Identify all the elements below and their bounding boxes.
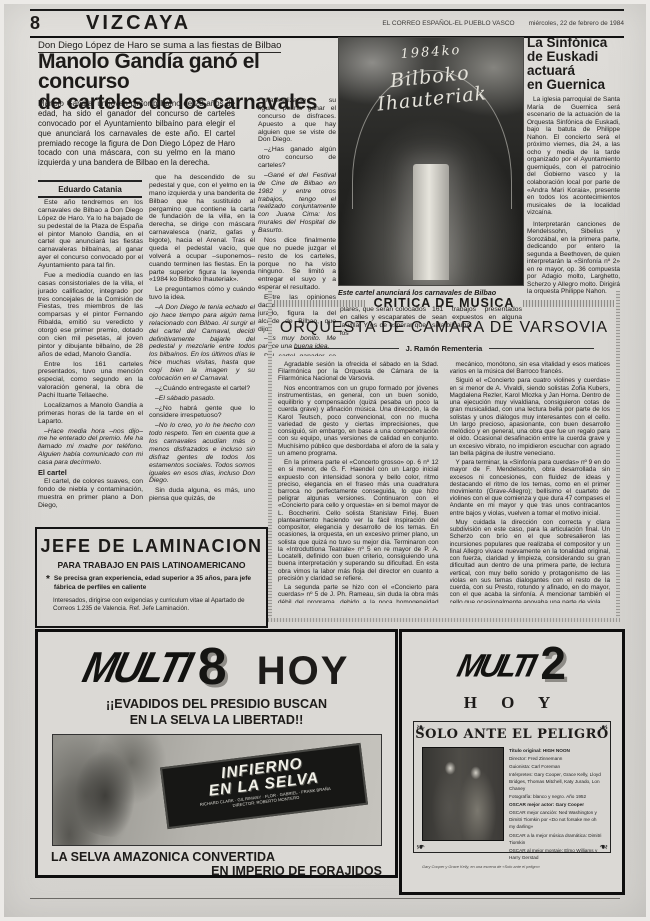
paragraph: La iglesia parroquial de Santa María de … bbox=[527, 96, 620, 217]
quote-paragraph: –Gané el del Festival de Cine de Bilbao … bbox=[258, 172, 336, 235]
page-bottom-rule bbox=[30, 898, 620, 899]
multi8-cinema-ad: MULTI 8 HOY ¡¡EVADIDOS DEL PRESIDIO BUSC… bbox=[35, 629, 398, 878]
paragraph: Interpretarán canciones de Mendelssohn, … bbox=[527, 221, 620, 296]
quote-paragraph: –No lo creo, yo lo he hecho con todo res… bbox=[149, 422, 255, 485]
subhead: El cartel bbox=[38, 469, 143, 478]
issue-date: miércoles, 22 de febrero de 1984 bbox=[529, 20, 624, 27]
film-credits: Título original: HIGH NOON Director: Fre… bbox=[509, 747, 602, 862]
rule-line bbox=[489, 348, 594, 349]
critica-column-2: mecánico, monótono, sin esa vitalidad y … bbox=[450, 361, 611, 603]
critica-column-1: Agradable sesión la ofrecida el sábado e… bbox=[278, 361, 439, 603]
multi2-number: 2 bbox=[540, 643, 566, 684]
jefe-laminacion-ad: JEFE DE LAMINACION PARA TRABAJO EN PAIS … bbox=[35, 527, 268, 628]
hatch-border-bottom bbox=[268, 618, 620, 622]
jefe-ad-subtitle: PARA TRABAJO EN PAIS LATINOAMERICANO bbox=[37, 560, 266, 570]
critica-columns: Agradable sesión la ofrecida el sábado e… bbox=[268, 353, 620, 603]
sinfonica-headline-line: en Guernica bbox=[527, 78, 620, 92]
credit-line: OSCAR a la mejor música dramática: Dimit… bbox=[509, 832, 602, 846]
quote-paragraph: –Hace media hora –nos dijo– me he entera… bbox=[38, 428, 143, 467]
critica-box: CRITICA DE MUSICA ORQUESTA DE CAMARA DE … bbox=[268, 291, 620, 622]
critica-section-title: CRITICA DE MUSICA bbox=[365, 296, 524, 310]
film-still-image bbox=[422, 747, 504, 841]
newspaper-name: EL CORREO ESPAÑOL-EL PUEBLO VASCO bbox=[382, 20, 514, 27]
hoy-label: H O Y bbox=[402, 693, 622, 713]
ornament-icon: ❧ bbox=[599, 723, 608, 734]
question-paragraph: –¿Has ganado algún otro concurso de cart… bbox=[258, 146, 336, 170]
hatch-border-left bbox=[268, 291, 272, 622]
paragraph: Y para terminar, la «Sinfonía para cuerd… bbox=[450, 459, 611, 517]
infierno-title-box: INFIERNO EN LA SELVA RICHARD CLARK · GIL… bbox=[159, 742, 367, 828]
credit-line: OSCAR mejor actor: Gary Cooper bbox=[509, 801, 602, 808]
ornament-icon: ❧ bbox=[416, 840, 425, 851]
paragraph: Fue a mediodía cuando en las casas consi… bbox=[38, 272, 143, 359]
paragraph: La segunda parte se hizo con el «Concier… bbox=[278, 584, 439, 603]
hatch-border-right bbox=[616, 291, 620, 622]
article-column-1: Este año tendremos en los carnavales de … bbox=[38, 199, 143, 526]
paragraph: mecánico, monótono, sin esa vitalidad y … bbox=[450, 361, 611, 375]
asterisk-bullet-icon: * bbox=[46, 575, 50, 592]
newspaper-page: 8 VIZCAYA EL CORREO ESPAÑOL-EL PUEBLO VA… bbox=[0, 0, 650, 921]
rule-line bbox=[294, 348, 399, 349]
page-header: 8 VIZCAYA EL CORREO ESPAÑOL-EL PUEBLO VA… bbox=[30, 9, 624, 38]
article-column-2: que ha descendido de su pedestal y que, … bbox=[149, 174, 255, 526]
page-number: 8 bbox=[30, 13, 40, 34]
quote-paragraph: –A Don Diego le tenía echado el ojo hace… bbox=[149, 304, 255, 383]
credit-line: OSCAR al mejor montaje: Elmo Williams y … bbox=[509, 847, 602, 861]
paragraph: Localizamos a Manolo Gandía a primeras h… bbox=[38, 402, 143, 426]
section-title: VIZCAYA bbox=[86, 12, 191, 35]
credit-line: Guionista: Carl Foreman bbox=[509, 763, 602, 770]
paragraph: Este año tendremos en los carnavales de … bbox=[38, 199, 143, 270]
jefe-ad-bullet-text: Se precisa gran experiencia, edad superi… bbox=[54, 575, 258, 592]
jefe-ad-footer: Interesados, dirigirse con exigencias y … bbox=[53, 597, 258, 613]
main-headline-line-1: Manolo Gandía ganó el concurso bbox=[38, 52, 353, 93]
multi-brand-logo: MULTI bbox=[453, 649, 537, 686]
paragraph: Nos dice finalmente que no puede juzgar … bbox=[258, 237, 336, 292]
question-paragraph: –¿No habrá gente que lo considere irresp… bbox=[149, 405, 255, 421]
paragraph: Nos encontramos con un grupo formado por… bbox=[278, 385, 439, 457]
paragraph: materializarse su figura, podría ganar e… bbox=[258, 97, 336, 144]
still-caption: Gary Cooper y Grace Kelly, en una escena… bbox=[422, 864, 602, 869]
multi8-bottom-line-1: LA SELVA AMAZONICA CONVERTIDA bbox=[51, 850, 382, 864]
infierno-poster: INFIERNO EN LA SELVA RICHARD CLARK · GIL… bbox=[52, 734, 382, 846]
multi8-slogan-line-2: EN LA SELVA LA LIBERTAD!! bbox=[38, 712, 395, 728]
ornament-icon: ❧ bbox=[599, 840, 608, 851]
lead-paragraph: Manolo Gandía, un joven pintor bilbaíno … bbox=[38, 99, 235, 177]
hatch-bar bbox=[274, 300, 365, 307]
credit-line: Intérpretes: Gary Cooper, Grace Kelly, L… bbox=[509, 771, 602, 792]
sinfonica-headline: La Sinfónica de Euskadi actuará en Guern… bbox=[527, 36, 620, 92]
jungle-illustration bbox=[61, 745, 171, 837]
pedestal-figure bbox=[413, 164, 449, 280]
multi2-logo: MULTI 2 bbox=[402, 638, 622, 684]
high-noon-poster: ❧ ❧ ❧ ❧ SOLO ANTE EL PELIGRO Título orig… bbox=[413, 721, 611, 853]
jefe-ad-title: JEFE DE LAMINACION bbox=[37, 536, 266, 557]
multi2-cinema-ad: MULTI 2 H O Y ❧ ❧ ❧ ❧ SOLO ANTE EL PELIG… bbox=[399, 629, 625, 895]
paragraph: Entre los 161 carteles presentados, tuvo… bbox=[38, 361, 143, 400]
multi8-number: 8 bbox=[198, 644, 227, 691]
sinfonica-headline-line: La Sinfónica bbox=[527, 36, 620, 50]
ornament-icon: ❧ bbox=[416, 723, 425, 734]
paragraph: El cartel, de colores suaves, con fondo … bbox=[38, 478, 143, 510]
critica-section-header: CRITICA DE MUSICA bbox=[274, 296, 614, 310]
credit-line: Fotografía: blanco y negro. Año 1952 bbox=[509, 793, 602, 800]
cartel-photo: 1984ko Bilboko Ihauteriak bbox=[338, 37, 524, 286]
credit-line: Director: Fred Zinnemann bbox=[509, 755, 602, 762]
paragraph: Muy cuidada la dirección con correcta y … bbox=[450, 519, 611, 603]
credit-line: OSCAR mejor canción: Ned Washington y Di… bbox=[509, 809, 602, 830]
jefe-ad-bullet-row: * Se precisa gran experiencia, edad supe… bbox=[46, 575, 258, 592]
question-paragraph: –¿Cuándo entregaste el cartel? bbox=[149, 385, 255, 393]
paragraph: Sin duda alguna, es más, uno piensa que … bbox=[149, 487, 255, 503]
hoy-label: HOY bbox=[257, 651, 350, 691]
critica-byline-row: J. Ramón Rementeria bbox=[294, 344, 594, 353]
paragraph: Agradable sesión la ofrecida el sábado e… bbox=[278, 361, 439, 383]
paragraph: Le preguntamos cómo y cuándo tuvo la ide… bbox=[149, 286, 255, 302]
masthead-block: EL CORREO ESPAÑOL-EL PUEBLO VASCO miérco… bbox=[382, 20, 624, 27]
multi8-slogan-line-1: ¡¡EVADIDOS DEL PRESIDIO BUSCAN bbox=[38, 696, 395, 712]
high-noon-content-row: Título original: HIGH NOON Director: Fre… bbox=[422, 747, 602, 862]
sinfonica-article: La Sinfónica de Euskadi actuará en Guern… bbox=[527, 36, 620, 308]
byline-box: Eduardo Catania bbox=[38, 180, 142, 198]
high-noon-title: SOLO ANTE EL PELIGRO bbox=[414, 727, 610, 742]
critica-headline: ORQUESTA DE CAMARA DE VARSOVIA bbox=[268, 319, 620, 337]
paragraph: Siguió el «Concierto para cuatro violine… bbox=[450, 377, 611, 457]
poster-script-line-2: Bilboko Ihauteriak bbox=[338, 57, 524, 120]
sinfonica-headline-line: actuará bbox=[527, 64, 620, 78]
multi8-bottom-line-2: EN IMPERIO DE FORAJIDOS bbox=[51, 864, 382, 878]
paragraph: que ha descendido de su pedestal y que, … bbox=[149, 174, 255, 284]
paragraph: En la primera parte el «Concerto grosso»… bbox=[278, 459, 439, 582]
hatch-bar bbox=[523, 300, 614, 307]
critica-byline: J. Ramón Rementeria bbox=[399, 344, 490, 353]
credit-line: Título original: HIGH NOON bbox=[509, 747, 602, 754]
multi8-logo: MULTI 8 HOY bbox=[38, 635, 395, 691]
multi-brand-logo: MULTI bbox=[78, 644, 194, 693]
quote-paragraph: –El sábado pasado. bbox=[149, 395, 255, 403]
sinfonica-headline-line: de Euskadi bbox=[527, 50, 620, 64]
